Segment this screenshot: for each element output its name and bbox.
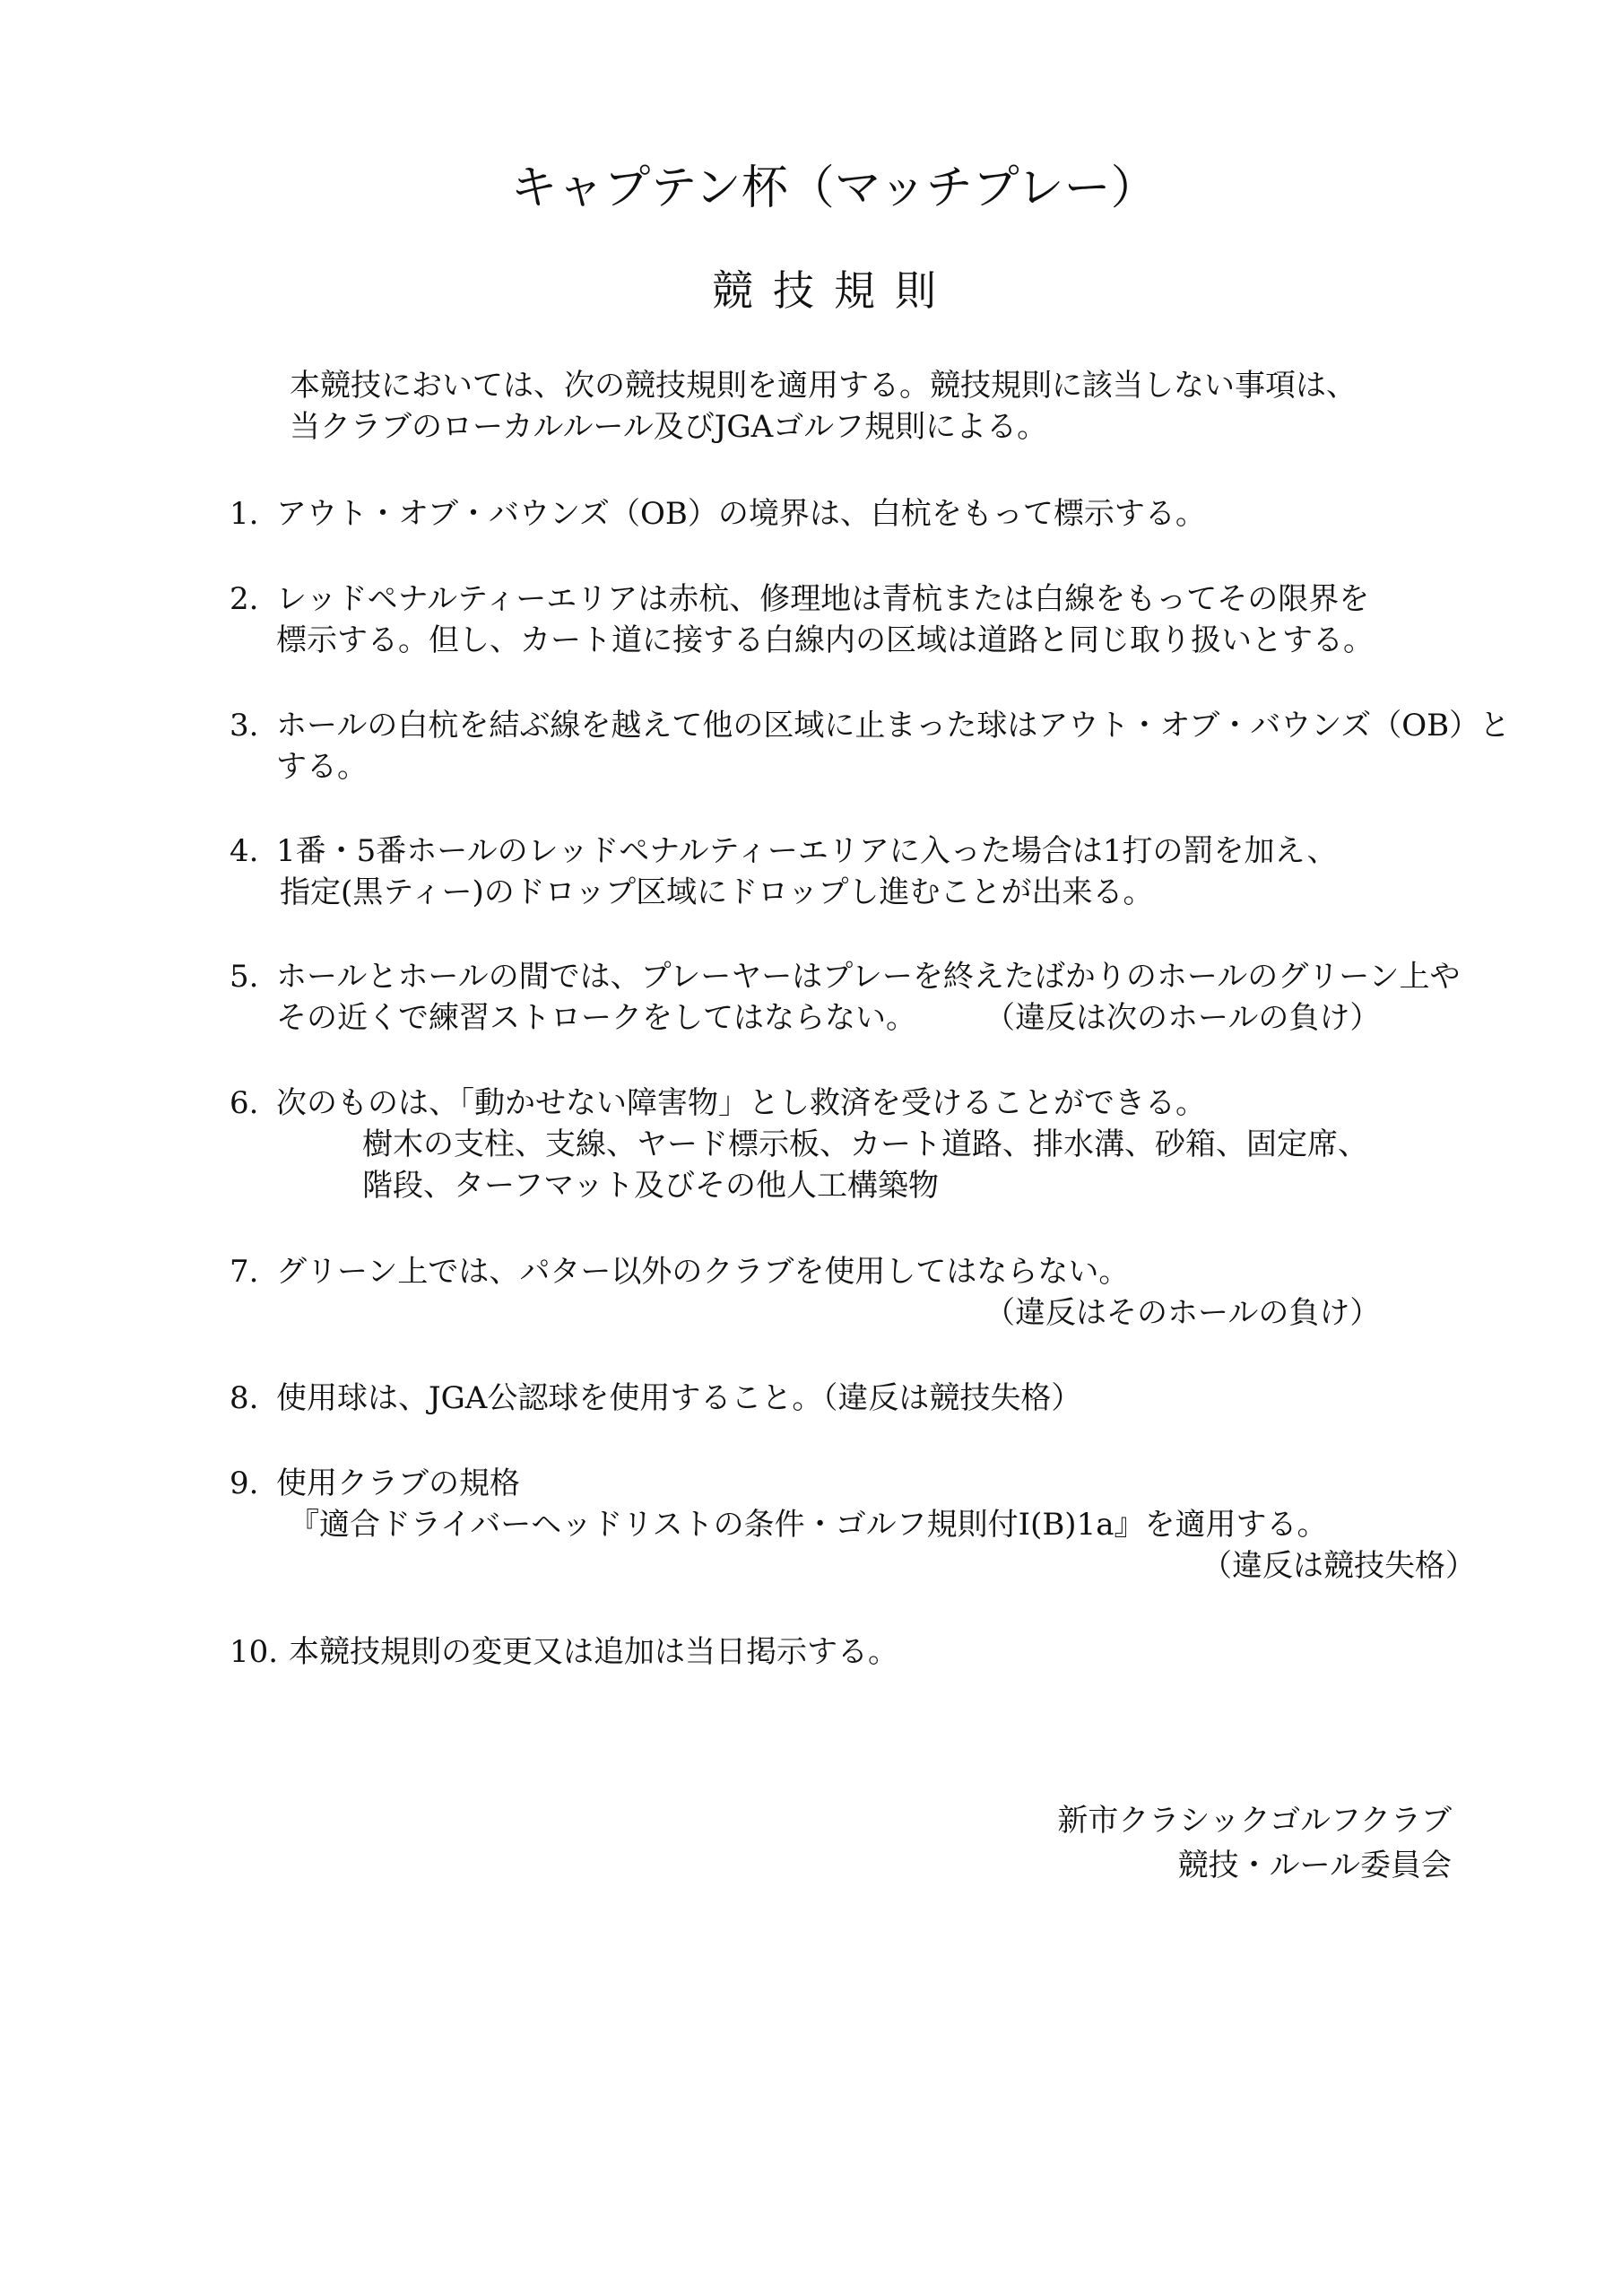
rule-text: 次のものは、「動かせない障害物」とし救済を受けることができる。 bbox=[276, 1085, 1206, 1121]
rule-6-sub-line-1: 樹木の支柱、支線、ヤード標示板、カート道路、排水溝、砂箱、固定席、 bbox=[362, 1125, 1368, 1164]
rule-text: 本競技規則の変更又は追加は当日掲示する。 bbox=[289, 1634, 898, 1670]
document-title: キャプテン杯（マッチプレー） bbox=[0, 160, 1622, 217]
rule-5: 5.ホールとホールの間では、プレーヤーはプレーを終えたばかりのホールのグリーン上… bbox=[230, 957, 1461, 996]
document-subtitle: 競技規則 bbox=[0, 265, 1622, 316]
rule-number: 6. bbox=[230, 1083, 276, 1123]
rule-1: 1.アウト・オブ・バウンズ（OB）の境界は、白杭をもって標示する。 bbox=[230, 494, 1206, 534]
rule-number: 8. bbox=[230, 1378, 276, 1418]
rule-number: 3. bbox=[230, 706, 276, 745]
rule-8: 8.使用球は、JGA公認球を使用すること。（違反は競技失格） bbox=[230, 1378, 1081, 1418]
rule-text: 使用クラブの規格 bbox=[276, 1465, 520, 1501]
rule-text: レッドペナルティーエリアは赤杭、修理地は青杭または白線をもってその限界を bbox=[276, 581, 1369, 617]
rule-text: ホールの白杭を結ぶ線を越えて他の区域に止まった球はアウト・オブ・バウンズ（OB）… bbox=[276, 708, 1510, 744]
rule-4: 4.1番・5番ホールのレッドペナルティーエリアに入った場合は1打の罰を加え、 bbox=[230, 831, 1338, 871]
rule-number: 7. bbox=[230, 1252, 276, 1291]
rule-text: アウト・オブ・バウンズ（OB）の境界は、白杭をもって標示する。 bbox=[276, 496, 1206, 532]
intro-line-1: 本競技においては、次の競技規則を適用する。競技規則に該当しない事項は、 bbox=[290, 366, 1357, 405]
rule-number: 2. bbox=[230, 579, 276, 619]
rule-6: 6.次のものは、「動かせない障害物」とし救済を受けることができる。 bbox=[230, 1083, 1206, 1123]
signature-organization: 新市クラシックゴルフクラブ bbox=[1057, 1801, 1452, 1840]
rule-number: 5. bbox=[230, 957, 276, 996]
rule-number: 10. bbox=[230, 1632, 289, 1672]
rule-7: 7.グリーン上では、パター以外のクラブを使用してはならない。 bbox=[230, 1252, 1129, 1291]
rule-number: 9. bbox=[230, 1464, 276, 1503]
rule-2: 2.レッドペナルティーエリアは赤杭、修理地は青杭または白線をもってその限界を bbox=[230, 579, 1369, 619]
rule-text: 使用球は、JGA公認球を使用すること。（違反は競技失格） bbox=[276, 1380, 1081, 1416]
rule-number: 4. bbox=[230, 831, 276, 871]
rule-6-sub-line-2: 階段、ターフマット及びその他人工構築物 bbox=[362, 1166, 939, 1205]
rule-7-penalty: （違反はそのホールの負け） bbox=[984, 1293, 1380, 1333]
rule-5-continuation: その近くで練習ストロークをしてはならない。 bbox=[276, 998, 916, 1038]
intro-line-2: 当クラブのローカルルール及びJGAゴルフ規則による。 bbox=[290, 407, 1047, 447]
rule-10: 10.本競技規則の変更又は追加は当日掲示する。 bbox=[230, 1632, 898, 1672]
rule-text: グリーン上では、パター以外のクラブを使用してはならない。 bbox=[276, 1254, 1129, 1290]
rule-number: 1. bbox=[230, 494, 276, 534]
rule-text: ホールとホールの間では、プレーヤーはプレーを終えたばかりのホールのグリーン上や bbox=[276, 959, 1461, 995]
signature-committee: 競技・ルール委員会 bbox=[1178, 1846, 1452, 1885]
rule-5-penalty: （違反は次のホールの負け） bbox=[984, 998, 1380, 1038]
rule-9-sub-line: 『適合ドライバーヘッドリストの条件・ゴルフ規則付Ⅰ(B)1a』を適用する。 bbox=[289, 1505, 1327, 1544]
rule-2-continuation: 標示する。但し、カート道に接する白線内の区域は道路と同じ取り扱いとする。 bbox=[276, 621, 1374, 660]
rule-9: 9.使用クラブの規格 bbox=[230, 1464, 520, 1503]
rule-3-continuation: する。 bbox=[276, 747, 368, 787]
rule-9-penalty: （違反は競技失格） bbox=[1201, 1546, 1476, 1586]
rule-4-continuation: 指定(黒ティー)のドロップ区域にドロップし進むことが出来る。 bbox=[280, 873, 1153, 912]
rule-text: 1番・5番ホールのレッドペナルティーエリアに入った場合は1打の罰を加え、 bbox=[276, 833, 1338, 869]
document-page: キャプテン杯（マッチプレー） 競技規則 本競技においては、次の競技規則を適用する… bbox=[0, 0, 1622, 2296]
rule-3: 3.ホールの白杭を結ぶ線を越えて他の区域に止まった球はアウト・オブ・バウンズ（O… bbox=[230, 706, 1510, 745]
